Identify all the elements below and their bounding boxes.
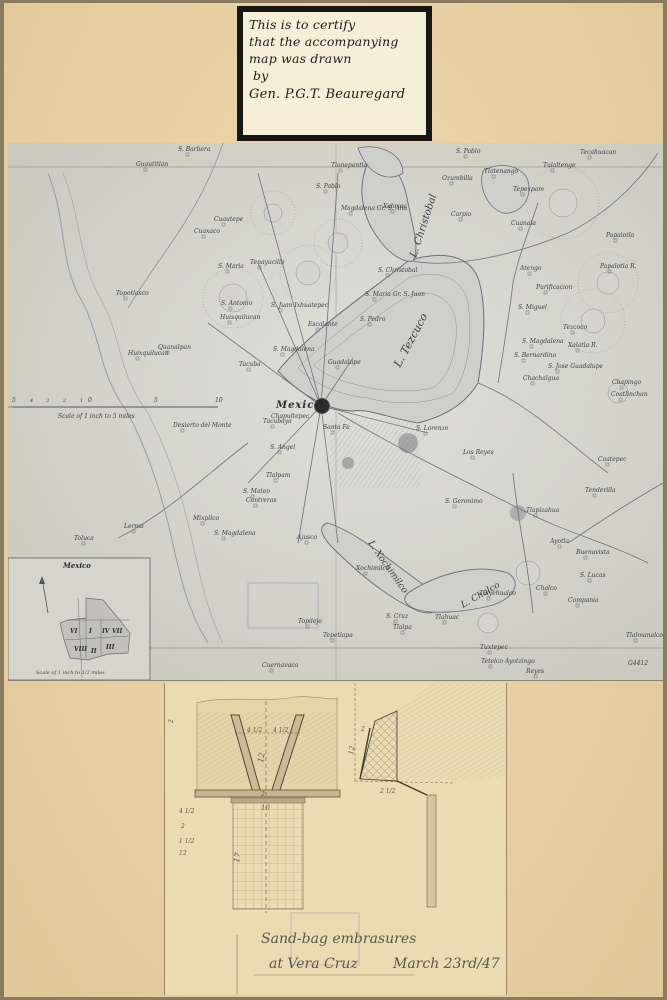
place-label: S. Magdalena: [522, 338, 564, 345]
place-label: Tlapizahua: [526, 507, 560, 514]
place-label: S. Magdalena: [214, 530, 256, 537]
place-label: Tlatenango: [484, 168, 519, 175]
certificate-card: This is to certify that the accompanying…: [237, 6, 432, 141]
place-label: Tlanepantla: [331, 162, 368, 169]
place-label: Toluca: [74, 535, 94, 542]
place-label: Contreras: [246, 497, 276, 504]
svg-text:2: 2: [168, 719, 175, 724]
place-label: Carpio: [451, 211, 472, 218]
place-label: Guautitlan: [136, 161, 168, 168]
svg-text:12: 12: [179, 850, 187, 857]
svg-text:Scale of 1 inch to 5 miles: Scale of 1 inch to 5 miles: [58, 413, 135, 420]
place-label: S. Mateo: [243, 488, 270, 495]
place-label: Buenavista: [575, 549, 610, 556]
place-label: Los Reyes: [462, 449, 494, 456]
sketch-caption-line-2: at Vera Cruz: [269, 956, 358, 972]
svg-text:IV: IV: [101, 628, 111, 635]
sand-bag-embrasure-sketch: 4 1/2 4 1/2 12 2 10 17 12 2 1/2 2 2 4 1/…: [164, 683, 507, 995]
svg-text:4 1/2: 4 1/2: [246, 727, 263, 734]
svg-text:2: 2: [360, 726, 365, 733]
certificate-line-1: This is to certify: [249, 16, 420, 33]
place-label: Tlahuac: [435, 614, 460, 621]
svg-text:2: 2: [260, 791, 265, 798]
place-label: Chachalgua: [523, 375, 559, 382]
place-label: S. Angel: [270, 444, 295, 451]
place-label: S. Lucas: [580, 572, 606, 579]
place-label: Tlalmanalco: [626, 632, 663, 639]
place-label: Purificacion: [535, 284, 573, 291]
place-label: S. Magdalena: [273, 346, 315, 353]
place-label: Desierto del Monte: [172, 422, 232, 429]
place-label: S. Bernardino: [514, 352, 556, 359]
map-drawing: Scale of 1 inch to 5 miles 5 4 3 2 1 0 5…: [8, 143, 663, 680]
place-label: Huisquilucan: [219, 314, 260, 321]
place-label: Tecahuacan: [580, 149, 616, 156]
sketch-drawing: 4 1/2 4 1/2 12 2 10 17 12 2 1/2 2 2 4 1/…: [165, 683, 506, 995]
place-label: Xochimilco: [355, 565, 390, 572]
place-label: S. Pablo: [456, 148, 481, 155]
svg-text:4 1/2: 4 1/2: [272, 727, 289, 734]
place-label: S. Geronimo: [445, 498, 483, 505]
place-label: S. Juan Ixhuatepec: [271, 302, 329, 309]
place-label: Tepexpam: [513, 186, 544, 193]
place-label: Compania: [568, 597, 599, 604]
svg-text:I: I: [88, 628, 92, 635]
place-label: S. Miguel: [518, 304, 547, 311]
svg-text:Scale of 1 inch to 1/2 miles: Scale of 1 inch to 1/2 miles: [36, 670, 105, 676]
svg-text:VIII: VIII: [74, 646, 87, 653]
place-label: Tezcoco: [563, 324, 588, 331]
svg-text:10: 10: [215, 397, 223, 404]
place-label: Mixpilco: [192, 515, 219, 522]
svg-text:5: 5: [12, 397, 16, 404]
place-label: Cuanala: [511, 220, 536, 227]
place-label: S. Christobal: [378, 267, 417, 274]
place-label: S. Antonio: [221, 300, 253, 307]
catalog-number: G4412: [628, 660, 648, 667]
place-label: Tacuba: [239, 361, 261, 368]
label-mexico-city: Mexico: [275, 400, 322, 411]
place-label: Papalotla R.: [599, 263, 637, 270]
certificate-signature: Gen. P.G.T. Beauregard: [249, 86, 420, 103]
svg-text:12: 12: [256, 752, 267, 764]
certificate-line-2: that the accompanying: [249, 33, 420, 50]
valley-of-mexico-map: Scale of 1 inch to 5 miles 5 4 3 2 1 0 5…: [8, 143, 663, 681]
sketch-caption-line-1: Sand-bag embrasures: [261, 931, 416, 947]
place-label: Ajusco: [296, 534, 317, 541]
place-label: Papalotla: [605, 232, 635, 239]
place-label: Chalco: [536, 585, 557, 592]
svg-text:VII: VII: [112, 628, 122, 635]
svg-text:12: 12: [347, 745, 357, 756]
place-label: Cuaxaco: [194, 228, 220, 235]
certificate-line-3: map was drawn: [249, 50, 420, 67]
place-label: Guadalupe: [328, 359, 361, 366]
place-label: Cuautepe: [214, 216, 244, 223]
svg-text:2: 2: [180, 823, 185, 830]
certificate-text-area: This is to certify that the accompanying…: [243, 12, 426, 135]
place-label: Xalatla R.: [567, 342, 598, 349]
svg-text:II: II: [90, 648, 97, 655]
place-label: Santa Fe: [323, 424, 350, 431]
place-label: Huixquilucan: [127, 350, 169, 357]
place-label: Ozumbilla: [442, 175, 473, 182]
svg-text:2: 2: [62, 398, 66, 404]
place-label: Chapingo: [612, 379, 641, 386]
place-label: S. Pablo: [316, 183, 341, 190]
svg-text:2 1/2: 2 1/2: [379, 788, 396, 795]
place-label: S. Pedro: [360, 316, 386, 323]
place-label: Tetelco Ayotzingo: [481, 658, 535, 665]
svg-text:3: 3: [46, 398, 49, 404]
place-label: Tlalpam: [266, 472, 291, 479]
svg-text:4: 4: [29, 398, 33, 404]
svg-text:0: 0: [88, 397, 92, 404]
place-label: Coatlinchan: [611, 391, 648, 398]
place-label: Tenayucillo: [250, 259, 285, 266]
place-label: Topilejo: [298, 618, 322, 625]
place-label: Topotlasco: [116, 290, 149, 297]
place-label: Cuernavaca: [262, 662, 299, 669]
place-label: S. Maria Gr. S. Juan: [365, 291, 425, 298]
place-label: S. Barbara: [178, 146, 211, 153]
svg-text:5: 5: [154, 397, 158, 404]
place-label: S. Jose Guadalupe: [548, 363, 604, 370]
place-label: S. Lorenzo: [416, 425, 449, 432]
certificate-line-4: by: [249, 67, 420, 84]
place-label: Coatepec: [598, 456, 627, 463]
place-label: Xaloxoc: [382, 203, 407, 210]
place-label: S. Maria: [218, 263, 244, 270]
place-label: Tuxtepec: [480, 644, 509, 651]
place-label: Ayotla: [549, 538, 569, 545]
place-label: Quanalpan: [158, 344, 191, 351]
place-label: S. Cruz: [386, 613, 409, 620]
place-label: Tenderilla: [585, 487, 616, 494]
place-label: Reyes: [525, 668, 544, 675]
svg-text:1: 1: [80, 398, 83, 404]
place-label: Atengo: [519, 265, 542, 272]
sketch-date: March 23rd/47: [392, 956, 500, 972]
place-label: Tlalpa: [393, 624, 412, 631]
place-label: Tepetlapa: [323, 632, 353, 639]
svg-text:III: III: [105, 644, 115, 651]
place-label: Tulyehualco: [479, 590, 516, 597]
place-label: Tulaltenge: [543, 162, 576, 169]
place-label: Tacubaya: [263, 418, 292, 425]
svg-text:4 1/2: 4 1/2: [178, 808, 195, 815]
svg-text:VI: VI: [70, 628, 78, 635]
place-label: Escalante: [307, 321, 338, 328]
svg-text:1 1/2: 1 1/2: [179, 838, 195, 845]
inset-title: Mexico: [62, 561, 91, 570]
place-label: Lerma: [123, 523, 144, 530]
inset-map-mexico: Mexico VI I IV VII VIII II III Scale of …: [8, 558, 150, 680]
